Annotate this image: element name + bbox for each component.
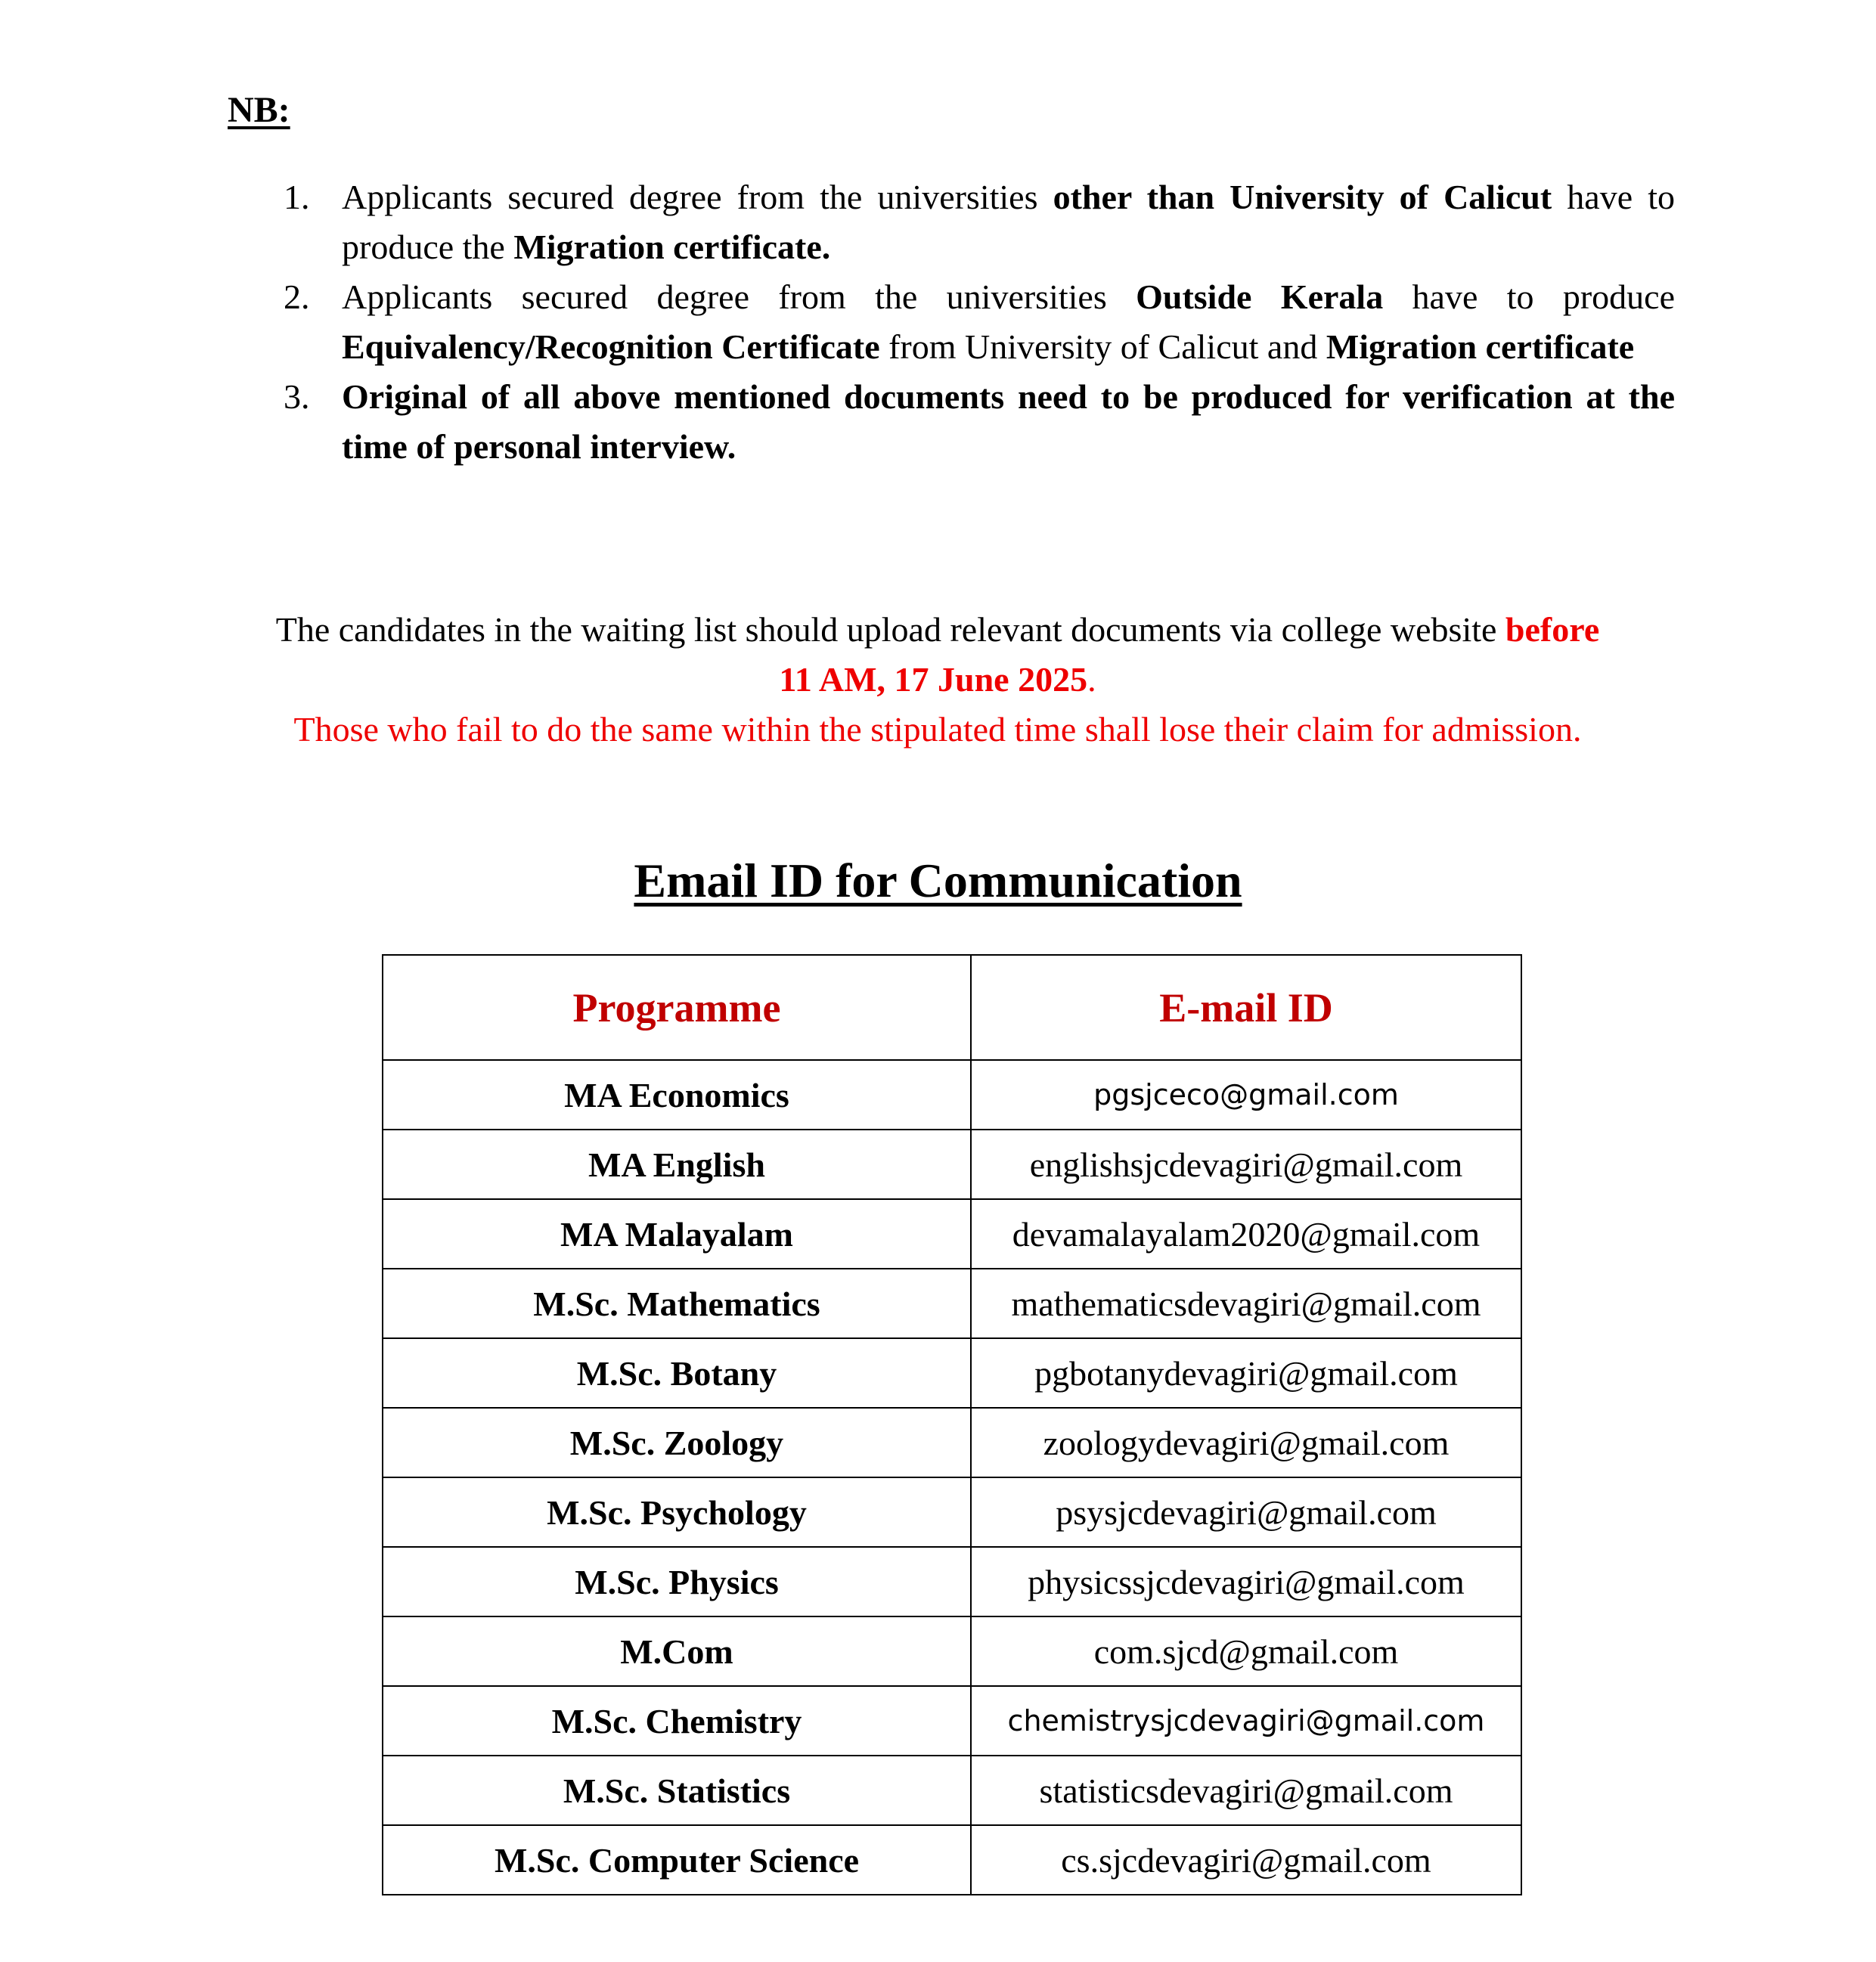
note-emphasis: Equivalency/Recognition Certificate [342, 327, 880, 366]
programme-cell: M.Sc. Mathematics [383, 1269, 971, 1338]
table-row: M.Sc. Psychologypsysjcdevagiri@gmail.com [383, 1477, 1521, 1547]
note-number: 1. [284, 172, 310, 222]
note-emphasis: Migration certificate. [513, 228, 830, 266]
table-row: M.Sc. Computer Sciencecs.sjcdevagiri@gma… [383, 1825, 1521, 1895]
note-text: Applicants secured degree from the unive… [342, 277, 1136, 316]
table-row: M.Comcom.sjcd@gmail.com [383, 1616, 1521, 1686]
table-row: MA Englishenglishsjcdevagiri@gmail.com [383, 1130, 1521, 1199]
programme-cell: M.Com [383, 1616, 971, 1686]
programme-cell: M.Sc. Botany [383, 1338, 971, 1408]
waiting-intro-text: The candidates in the waiting list shoul… [276, 610, 1505, 649]
note-emphasis: Original of all above mentioned document… [342, 377, 1675, 466]
note-emphasis: Migration certificate [1326, 327, 1634, 366]
email-cell: mathematicsdevagiri@gmail.com [971, 1269, 1521, 1338]
email-cell: chemistrysjcdevagiri@gmail.com [971, 1686, 1521, 1756]
programme-cell: MA Malayalam [383, 1199, 971, 1269]
note-item: 3.Original of all above mentioned docume… [284, 372, 1675, 472]
note-number: 2. [284, 272, 310, 322]
table-row: M.Sc. Zoologyzoologydevagiri@gmail.com [383, 1408, 1521, 1477]
notes-list: 1.Applicants secured degree from the uni… [284, 172, 1675, 472]
email-cell: devamalayalam2020@gmail.com [971, 1199, 1521, 1269]
table-row: M.Sc. Chemistrychemistrysjcdevagiri@gmai… [383, 1686, 1521, 1756]
column-header-programme: Programme [383, 955, 971, 1060]
programme-cell: M.Sc. Psychology [383, 1477, 971, 1547]
email-table-body: MA Economicspgsjceco@gmail.comMA English… [383, 1060, 1521, 1895]
email-cell: zoologydevagiri@gmail.com [971, 1408, 1521, 1477]
note-text: from University of Calicut and [880, 327, 1326, 366]
column-header-email: E-mail ID [971, 955, 1521, 1060]
programme-cell: M.Sc. Computer Science [383, 1825, 971, 1895]
table-header-row: Programme E-mail ID [383, 955, 1521, 1060]
programme-cell: MA English [383, 1130, 971, 1199]
email-table: Programme E-mail ID MA Economicspgsjceco… [382, 954, 1522, 1895]
deadline-text: 11 AM, 17 June 2025 [779, 660, 1087, 699]
table-row: MA Malayalamdevamalayalam2020@gmail.com [383, 1199, 1521, 1269]
note-text: have to produce [1383, 277, 1675, 316]
note-text: Applicants secured degree from the unive… [342, 178, 1053, 216]
waiting-list-notice: The candidates in the waiting list shoul… [181, 605, 1694, 755]
email-cell: psysjcdevagiri@gmail.com [971, 1477, 1521, 1547]
note-item: 1.Applicants secured degree from the uni… [284, 172, 1675, 272]
programme-cell: M.Sc. Zoology [383, 1408, 971, 1477]
programme-cell: MA Economics [383, 1060, 971, 1130]
email-cell: pgsjceco@gmail.com [971, 1060, 1521, 1130]
note-number: 3. [284, 372, 310, 422]
table-row: MA Economicspgsjceco@gmail.com [383, 1060, 1521, 1130]
programme-cell: M.Sc. Chemistry [383, 1686, 971, 1756]
email-cell: englishsjcdevagiri@gmail.com [971, 1130, 1521, 1199]
email-cell: statisticsdevagiri@gmail.com [971, 1756, 1521, 1825]
email-cell: com.sjcd@gmail.com [971, 1616, 1521, 1686]
email-cell: physicssjcdevagiri@gmail.com [971, 1547, 1521, 1616]
warning-text: Those who fail to do the same within the… [294, 710, 1582, 749]
email-section-title: Email ID for Communication [0, 853, 1876, 909]
email-cell: pgbotanydevagiri@gmail.com [971, 1338, 1521, 1408]
deadline-prefix: before [1505, 610, 1599, 649]
email-cell: cs.sjcdevagiri@gmail.com [971, 1825, 1521, 1895]
note-emphasis: other than University of Calicut [1053, 178, 1552, 216]
programme-cell: M.Sc. Physics [383, 1547, 971, 1616]
nb-heading: NB: [228, 89, 290, 131]
table-row: M.Sc. Botanypgbotanydevagiri@gmail.com [383, 1338, 1521, 1408]
note-item: 2.Applicants secured degree from the uni… [284, 272, 1675, 372]
table-row: M.Sc. Physicsphysicssjcdevagiri@gmail.co… [383, 1547, 1521, 1616]
table-row: M.Sc. Mathematicsmathematicsdevagiri@gma… [383, 1269, 1521, 1338]
programme-cell: M.Sc. Statistics [383, 1756, 971, 1825]
deadline-suffix: . [1087, 660, 1096, 699]
note-emphasis: Outside Kerala [1136, 277, 1383, 316]
table-row: M.Sc. Statisticsstatisticsdevagiri@gmail… [383, 1756, 1521, 1825]
